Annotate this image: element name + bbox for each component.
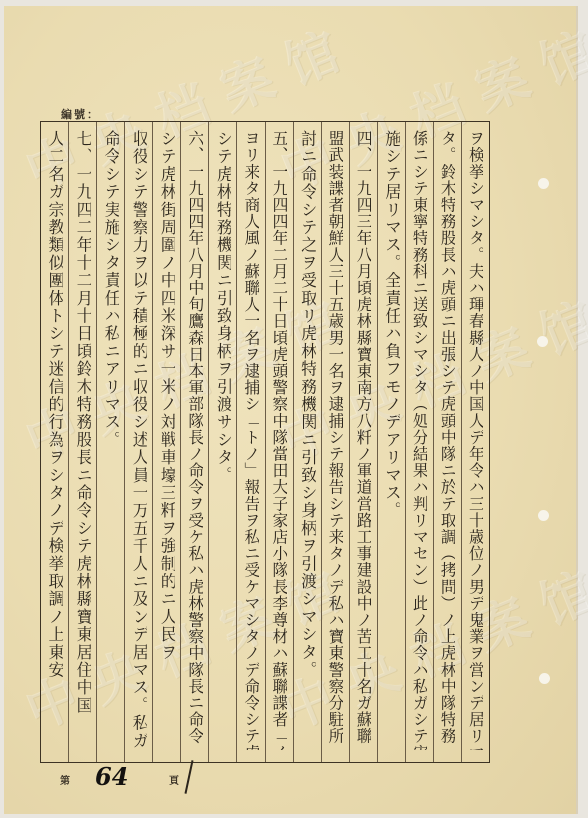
- column-text: 施シテ居リマス。全責任ハ負フモノデアリマス。: [383, 130, 400, 750]
- punch-hole: [538, 178, 549, 189]
- page-suffix: 頁: [169, 772, 179, 787]
- text-column: 七、一九四二年十二月十日頃鈴木特務股長ニ命令シテ虎林縣寶東居住中国: [68, 122, 96, 762]
- text-column: 四、一九四三年八月頃虎林縣寶東南方八粁ノ軍道営路工事建設中ノ苦工十名ガ蘇聯: [349, 122, 377, 762]
- text-column: 施シテ居リマス。全責任ハ負フモノデアリマス。: [377, 122, 405, 762]
- punch-hole: [539, 673, 550, 684]
- page-prefix: 第: [60, 772, 70, 787]
- column-text: ヲ検挙シマシタ。夫ハ琿春縣人ノ中国人デ年令ハ三十歳位ノ男デ鬼業ヲ営ンデ居リマシ: [467, 130, 483, 750]
- punch-hole: [537, 336, 548, 347]
- page-number: 64: [95, 762, 128, 791]
- column-text: 人二名ガ宗教類似團体トシテ迷信的行為ヲシタノデ検挙取調ノ上東安: [46, 130, 63, 750]
- column-text: 盟武装諜者朝鮮人三十五歳男一名ヲ逮捕シテ報告シテ来タノデ私ハ寶東警察分駐所: [327, 130, 343, 750]
- text-column: 係ニシテ東寧特務科ニ送致シマシタ（処分結果ハ判リマセン）此ノ命令ハ私ガシテ実: [405, 122, 433, 762]
- text-column: タ。鈴木特務股長ハ虎頭ニ出張シテ虎頭中隊ニ於テ取調（拷問）ノ上虎林中隊特務: [433, 122, 461, 762]
- punch-hole: [538, 510, 549, 521]
- serial-number-label: 編號：: [61, 106, 100, 122]
- column-text: シテ虎林特務機関ニ引致身柄ヲ引渡サシタ。: [215, 130, 232, 750]
- text-column: ヲ検挙シマシタ。夫ハ琿春縣人ノ中国人デ年令ハ三十歳位ノ男デ鬼業ヲ営ンデ居リマシ: [461, 122, 489, 762]
- column-text: タ。鈴木特務股長ハ虎頭ニ出張シテ虎頭中隊ニ於テ取調（拷問）ノ上虎林中隊特務: [439, 130, 455, 750]
- text-column: 人二名ガ宗教類似團体トシテ迷信的行為ヲシタノデ検挙取調ノ上東安: [41, 122, 68, 762]
- manuscript-grid: ヲ検挙シマシタ。夫ハ琿春縣人ノ中国人デ年令ハ三十歳位ノ男デ鬼業ヲ営ンデ居リマシタ…: [40, 121, 490, 763]
- text-column: 盟武装諜者朝鮮人三十五歳男一名ヲ逮捕シテ報告シテ来タノデ私ハ寶東警察分駐所: [321, 122, 349, 762]
- column-text: 収役シテ警察力ヲ以テ積極的ニ収役シ述人員一万五千人ニ及ンデ居マス。私ガ: [130, 130, 147, 750]
- column-text: 四、一九四三年八月頃虎林縣寶東南方八粁ノ軍道営路工事建設中ノ苦工十名ガ蘇聯: [355, 130, 371, 750]
- column-text: シテ虎林街周圍ノ中四米深サ一米ノ対戦車壕三粁ヲ強制的ニ人民ヲ: [159, 130, 176, 750]
- text-column: ヨリ来タ商人風ノ蘇聯人一名ヲ逮捕シ「トノ」報告ヲ私ニ受ケマシタノデ命令シテ虎頭中…: [236, 122, 264, 762]
- text-column: 五、一九四四年二月二十日頃虎頭警察中隊當田大子家店小隊長李尊材ハ蘇聯諜者「イワン…: [265, 122, 293, 762]
- column-text: 五、一九四四年二月二十日頃虎頭警察中隊當田大子家店小隊長李尊材ハ蘇聯諜者「イワン…: [271, 130, 287, 750]
- column-text: 七、一九四二年十二月十日頃鈴木特務股長ニ命令シテ虎林縣寶東居住中国: [74, 130, 91, 750]
- text-column: 収役シテ警察力ヲ以テ積極的ニ収役シ述人員一万五千人ニ及ンデ居マス。私ガ: [124, 122, 152, 762]
- column-text: 討ニ命令シテ之ヲ受取リ虎林特務機関ニ引致シ身柄ヲ引渡シマシタ。: [299, 130, 316, 750]
- text-column: シテ虎林街周圍ノ中四米深サ一米ノ対戦車壕三粁ヲ強制的ニ人民ヲ: [152, 122, 180, 762]
- text-column: 六、一九四四年八月中旬鷹森日本軍部隊長ノ命令ヲ受ケ私ハ虎林警察中隊長ニ命令: [180, 122, 208, 762]
- column-text: ヨリ来タ商人風ノ蘇聯人一名ヲ逮捕シ「トノ」報告ヲ私ニ受ケマシタノデ命令シテ虎頭中…: [243, 130, 259, 750]
- text-column: シテ虎林特務機関ニ引致身柄ヲ引渡サシタ。: [208, 122, 236, 762]
- text-column: 命令シテ実施シタ責任ハ私ニアリマス。: [96, 122, 124, 762]
- column-text: 命令シテ実施シタ責任ハ私ニアリマス。: [102, 130, 119, 750]
- column-text: 係ニシテ東寧特務科ニ送致シマシタ（処分結果ハ判リマセン）此ノ命令ハ私ガシテ実: [411, 130, 427, 750]
- text-column: 討ニ命令シテ之ヲ受取リ虎林特務機関ニ引致シ身柄ヲ引渡シマシタ。: [293, 122, 321, 762]
- column-text: 六、一九四四年八月中旬鷹森日本軍部隊長ノ命令ヲ受ケ私ハ虎林警察中隊長ニ命令: [187, 130, 203, 750]
